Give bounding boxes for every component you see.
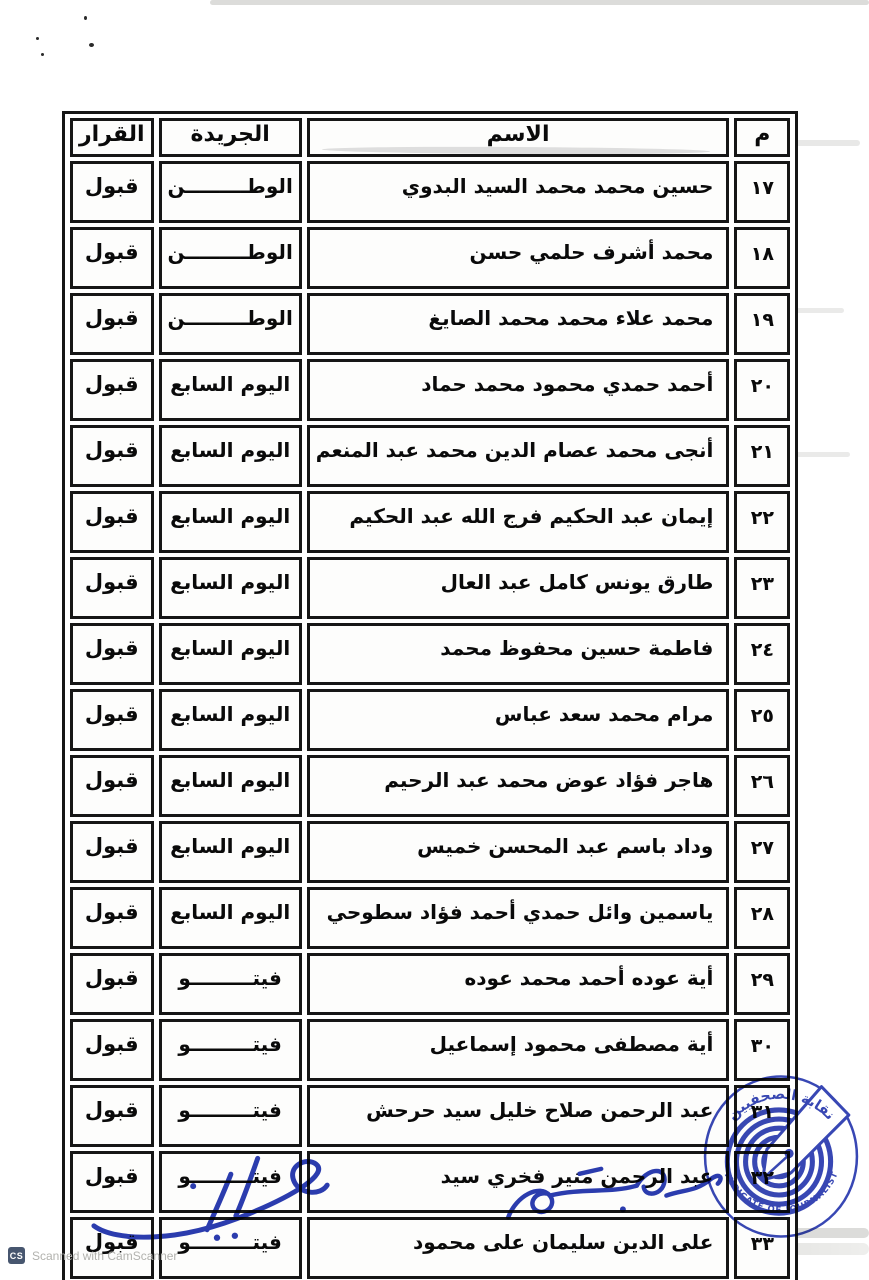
syndicate-of-journalists-stamp: نقابة الصحفيين SYNDICATE OF JOURNALISTS	[700, 1072, 862, 1240]
table-row: ٢٩ أية عوده أحمد محمد عوده فيتـــــــــو…	[70, 953, 790, 1015]
decision-cell: قبول	[70, 887, 154, 949]
newspaper-cell: اليوم السابع	[159, 623, 302, 685]
decision-cell: قبول	[70, 161, 154, 223]
table-row: ٢٠ أحمد حمدي محمود محمد حماد اليوم الساب…	[70, 359, 790, 421]
applicant-name-cell: عبد الرحمن صلاح خليل سيد حرحش	[307, 1085, 730, 1147]
column-header-number: م	[734, 118, 790, 157]
newspaper-cell: اليوم السابع	[159, 557, 302, 619]
applicant-name-cell: فاطمة حسين محفوظ محمد	[307, 623, 730, 685]
applicant-name-cell: طارق يونس كامل عبد العال	[307, 557, 730, 619]
decision-cell: قبول	[70, 491, 154, 553]
applicant-name-cell: أية مصطفى محمود إسماعيل	[307, 1019, 730, 1081]
row-number-cell: ٢١	[734, 425, 790, 487]
decision-cell: قبول	[70, 359, 154, 421]
table-row: ٢٥ مرام محمد سعد عباس اليوم السابع قبول	[70, 689, 790, 751]
newspaper-cell: الوطـــــــــن	[159, 293, 302, 355]
row-number-cell: ٢٣	[734, 557, 790, 619]
newspaper-cell: الوطـــــــــن	[159, 161, 302, 223]
camscanner-watermark-text: Scanned with CamScanner	[32, 1249, 177, 1263]
decision-cell: قبول	[70, 1019, 154, 1081]
row-number-cell: ٢٧	[734, 821, 790, 883]
decision-cell: قبول	[70, 425, 154, 487]
table-row: ٢٦ هاجر فؤاد عوض محمد عبد الرحيم اليوم ا…	[70, 755, 790, 817]
decision-cell: قبول	[70, 755, 154, 817]
newspaper-cell: فيتـــــــــو	[159, 1085, 302, 1147]
decision-cell: قبول	[70, 557, 154, 619]
decision-cell: قبول	[70, 953, 154, 1015]
row-number-cell: ٢٦	[734, 755, 790, 817]
decision-cell: قبول	[70, 623, 154, 685]
applicant-name-cell: أنجى محمد عصام الدين محمد عبد المنعم	[307, 425, 730, 487]
applicant-name-cell: هاجر فؤاد عوض محمد عبد الرحيم	[307, 755, 730, 817]
column-header-decision: القرار	[70, 118, 154, 157]
table-row: ٢٣ طارق يونس كامل عبد العال اليوم السابع…	[70, 557, 790, 619]
newspaper-cell: اليوم السابع	[159, 425, 302, 487]
table-row: ٣٠ أية مصطفى محمود إسماعيل فيتـــــــــو…	[70, 1019, 790, 1081]
table-row: ٢٨ ياسمين وائل حمدي أحمد فؤاد سطوحي اليو…	[70, 887, 790, 949]
decision-cell: قبول	[70, 689, 154, 751]
row-number-cell: ٢٨	[734, 887, 790, 949]
newspaper-cell: فيتـــــــــو	[159, 953, 302, 1015]
scan-speck	[89, 43, 94, 47]
applicant-name-cell: أحمد حمدي محمود محمد حماد	[307, 359, 730, 421]
scan-speck	[36, 37, 39, 40]
newspaper-cell: اليوم السابع	[159, 755, 302, 817]
applicant-name-cell: محمد علاء محمد محمد الصايغ	[307, 293, 730, 355]
row-number-cell: ٢٤	[734, 623, 790, 685]
applicant-name-cell: أية عوده أحمد محمد عوده	[307, 953, 730, 1015]
table-row: ١٧ حسين محمد محمد السيد البدوي الوطـــــ…	[70, 161, 790, 223]
table-row: ٣١ عبد الرحمن صلاح خليل سيد حرحش فيتــــ…	[70, 1085, 790, 1147]
row-number-cell: ٢٢	[734, 491, 790, 553]
newspaper-cell: اليوم السابع	[159, 887, 302, 949]
table-row: ٢٢ إيمان عبد الحكيم فرج الله عبد الحكيم …	[70, 491, 790, 553]
scanned-page: م الاسم الجريدة القرار ١٧ حسين محمد محمد…	[0, 0, 869, 1280]
row-number-cell: ٢٥	[734, 689, 790, 751]
row-number-cell: ١٧	[734, 161, 790, 223]
table-row: ٢٤ فاطمة حسين محفوظ محمد اليوم السابع قب…	[70, 623, 790, 685]
applicant-name-cell: إيمان عبد الحكيم فرج الله عبد الحكيم	[307, 491, 730, 553]
decision-cell: قبول	[70, 1085, 154, 1147]
scan-speck	[84, 16, 87, 20]
scan-speck	[41, 53, 44, 56]
scan-smudge	[210, 0, 869, 5]
row-number-cell: ١٩	[734, 293, 790, 355]
table-row: ٢٧ وداد باسم عبد المحسن خميس اليوم الساب…	[70, 821, 790, 883]
row-number-cell: ١٨	[734, 227, 790, 289]
table-body: ١٧ حسين محمد محمد السيد البدوي الوطـــــ…	[70, 161, 790, 1279]
camscanner-icon: CS	[8, 1247, 25, 1264]
table-row: ١٩ محمد علاء محمد محمد الصايغ الوطــــــ…	[70, 293, 790, 355]
applicant-name-cell: مرام محمد سعد عباس	[307, 689, 730, 751]
row-number-cell: ٢٩	[734, 953, 790, 1015]
table-row: ٢١ أنجى محمد عصام الدين محمد عبد المنعم …	[70, 425, 790, 487]
table-row: ١٨ محمد أشرف حلمي حسن الوطـــــــــن قبو…	[70, 227, 790, 289]
newspaper-cell: الوطـــــــــن	[159, 227, 302, 289]
camscanner-footer: CS Scanned with CamScanner	[8, 1247, 177, 1264]
newspaper-cell: اليوم السابع	[159, 359, 302, 421]
applicant-name-cell: وداد باسم عبد المحسن خميس	[307, 821, 730, 883]
newspaper-cell: اليوم السابع	[159, 689, 302, 751]
applicant-name-cell: محمد أشرف حلمي حسن	[307, 227, 730, 289]
decision-cell: قبول	[70, 821, 154, 883]
applicant-name-cell: ياسمين وائل حمدي أحمد فؤاد سطوحي	[307, 887, 730, 949]
row-number-cell: ٢٠	[734, 359, 790, 421]
column-header-newspaper: الجريدة	[159, 118, 302, 157]
acceptance-roster-table: م الاسم الجريدة القرار ١٧ حسين محمد محمد…	[62, 111, 798, 1280]
decision-cell: قبول	[70, 293, 154, 355]
newspaper-cell: اليوم السابع	[159, 491, 302, 553]
decision-cell: قبول	[70, 227, 154, 289]
newspaper-cell: اليوم السابع	[159, 821, 302, 883]
handwritten-signature-left	[82, 1152, 350, 1252]
applicant-name-cell: حسين محمد محمد السيد البدوي	[307, 161, 730, 223]
newspaper-cell: فيتـــــــــو	[159, 1019, 302, 1081]
